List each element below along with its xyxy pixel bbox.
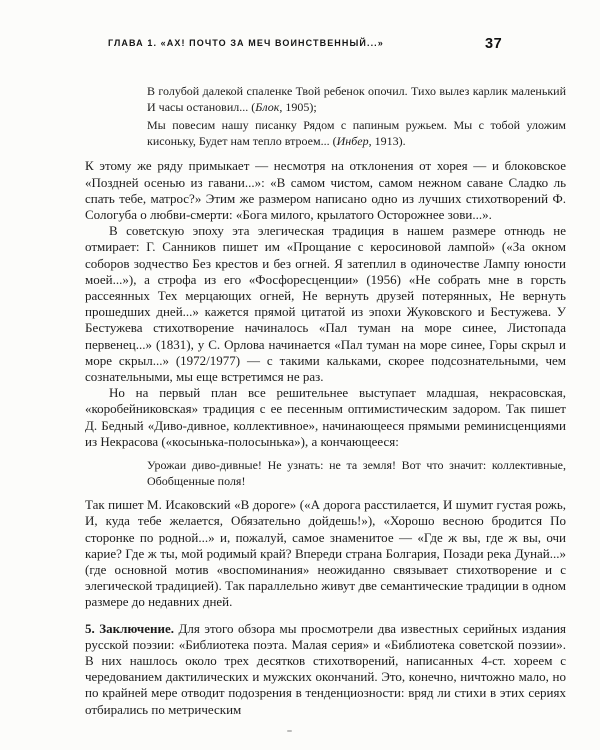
quote-paragraph: Мы повесим нашу писанку Рядом с папиным … xyxy=(147,118,566,149)
body-paragraph: К этому же ряду примыкает — несмотря на … xyxy=(85,158,566,223)
quote-paragraph: Урожаи диво-дивные! Не узнать: не та зем… xyxy=(147,458,566,489)
quote-paragraph: В голубой далекой спаленке Твой ребенок … xyxy=(147,84,566,115)
page-number: 37 xyxy=(485,36,502,52)
book-page: ГЛАВА 1. «АХ! ПОЧТО ЗА МЕЧ ВОИНСТВЕННЫЙ.… xyxy=(0,0,600,750)
body-paragraph: 5. Заключение. Для этого обзора мы просм… xyxy=(85,621,566,718)
body-paragraph: Но на первый план все решительнее выступ… xyxy=(85,385,566,450)
body-paragraph: Так пишет М. Исаковский «В дороге» («А д… xyxy=(85,497,566,610)
text-column: В голубой далекой спаленке Твой ребенок … xyxy=(85,84,566,718)
chapter-running-title: ГЛАВА 1. «АХ! ПОЧТО ЗА МЕЧ ВОИНСТВЕННЫЙ.… xyxy=(108,38,384,48)
scan-artifact xyxy=(287,730,292,732)
running-header: ГЛАВА 1. «АХ! ПОЧТО ЗА МЕЧ ВОИНСТВЕННЫЙ.… xyxy=(108,36,560,52)
body-paragraph: В советскую эпоху эта элегическая традиц… xyxy=(85,223,566,385)
